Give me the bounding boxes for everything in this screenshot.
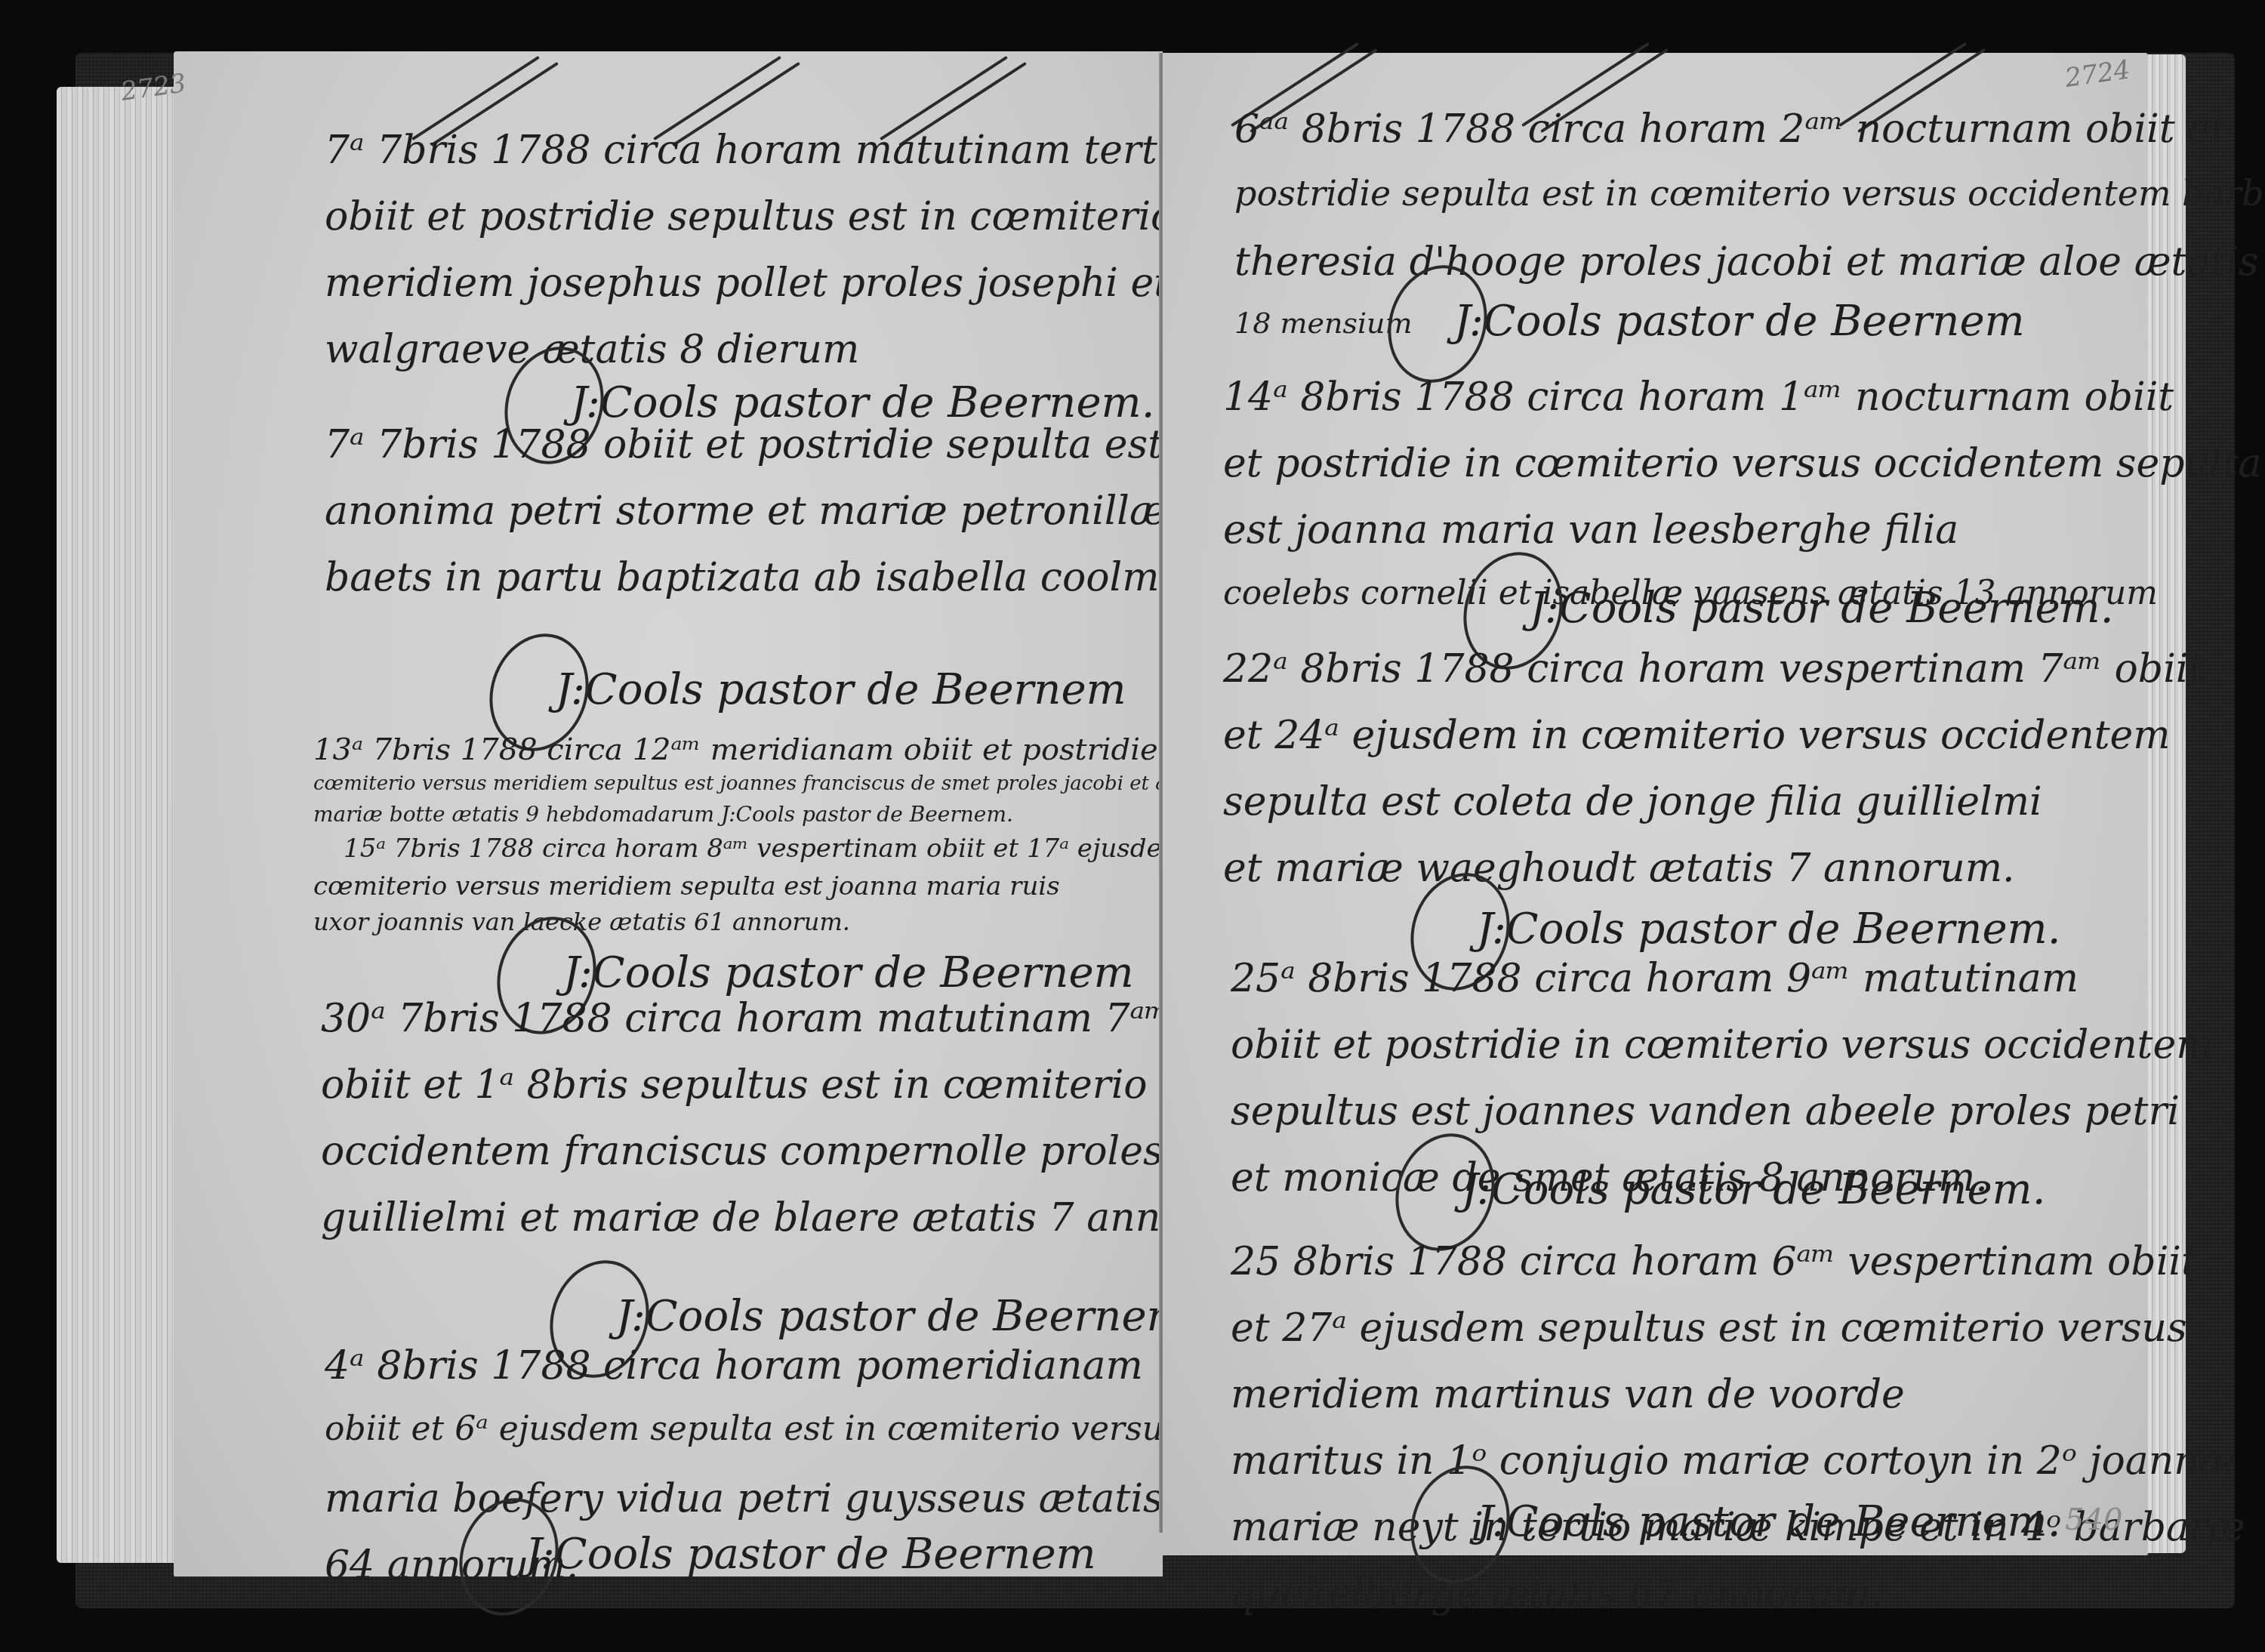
entry-line: obiit et postridie in cœmiterio versus o… bbox=[1231, 1025, 2214, 1092]
entry-line: 15ᵃ 7bris 1788 circa horam 8ᵃᵐ vespertin… bbox=[313, 836, 1219, 874]
register-entry: 7ᵃ 7bris 1788 obiit et postridie sepulta… bbox=[325, 425, 1299, 624]
entry-line: 22ᵃ 8bris 1788 circa horam vespertinam 7… bbox=[1223, 649, 2204, 716]
folio-number: 2724 bbox=[2063, 54, 2132, 94]
entry-line: postridie sepulta est in cœmiterio versu… bbox=[1234, 176, 2265, 242]
entry-line: 25ᵃ 8bris 1788 circa horam 9ᵃᵐ matutinam bbox=[1231, 959, 2214, 1025]
entry-line: 6ᵃᵃ 8bris 1788 circa horam 2ᵃᵐ nocturnam… bbox=[1234, 109, 2265, 176]
entry-line: meridiem martinus van de voorde bbox=[1231, 1375, 2245, 1441]
pastor-signature: J:Cools pastor de Beernem bbox=[461, 1497, 1096, 1617]
entry-line: mariæ botte ætatis 9 hebdomadarum J:Cool… bbox=[313, 804, 1219, 836]
entry-line: guillielmi et mariæ de blaere ætatis 7 a… bbox=[321, 1198, 1290, 1265]
entry-line: quekelberge ætatis 67 annorum. bbox=[1231, 1574, 2245, 1641]
entry-line: et 24ᵃ ejusdem in cœmiterio versus occid… bbox=[1223, 716, 2204, 782]
entry-line: occidentem franciscus compernolle proles bbox=[321, 1132, 1290, 1198]
entry-line: sepulta est coleta de jonge filia guilli… bbox=[1223, 782, 2204, 849]
right-page: 2724 6ᵃᵃ 8bris 1788 circa horam 2ᵃᵐ noct… bbox=[1163, 53, 2148, 1555]
pastor-signature: J:Cools pastor de Beernem bbox=[1389, 264, 2025, 384]
entry-line: baets in partu baptizata ab isabella coo… bbox=[325, 558, 1299, 624]
entry-line: cœmiterio versus meridiem sepulta est jo… bbox=[313, 874, 1219, 910]
register-entry: 30ᵃ 7bris 1788 circa horam matutinam 7ᵃᵐ… bbox=[321, 999, 1290, 1265]
header-slash-mark bbox=[642, 66, 770, 134]
header-slash-mark bbox=[400, 66, 528, 134]
page-stack-left bbox=[57, 87, 177, 1563]
entry-line: cœmiterio versus meridiem sepultus est j… bbox=[313, 774, 1219, 804]
entry-line: et postridie in cœmiterio versus occiden… bbox=[1223, 444, 2262, 510]
entry-line: 13ᵃ 7bris 1788 circa 12ᵃᵐ meridianam obi… bbox=[313, 735, 1219, 774]
entry-line: obiit et 1ᵃ 8bris sepultus est in cœmite… bbox=[321, 1065, 1290, 1132]
entry-line: 14ᵃ 8bris 1788 circa horam 1ᵃᵐ nocturnam… bbox=[1223, 378, 2262, 444]
left-page: 2723 7ᵃ 7bris 1788 circa horam matutinam… bbox=[174, 51, 1163, 1576]
signature-flourish-icon bbox=[445, 1485, 574, 1629]
pastor-signature: J:Cools pastor de Beernem. bbox=[1397, 1133, 2045, 1252]
entry-line: 25 8bris 1788 circa horam 6ᵃᵐ vespertina… bbox=[1231, 1242, 2245, 1308]
entry-line: 7ᵃ 7bris 1788 obiit et postridie sepulta… bbox=[325, 425, 1299, 492]
pastor-signature: J:Cools pastor de Beernem. bbox=[1412, 1465, 2060, 1584]
register-entry: 13ᵃ 7bris 1788 circa 12ᵃᵐ meridianam obi… bbox=[313, 735, 1219, 945]
signature-flourish-icon bbox=[1396, 1453, 1525, 1596]
entry-line: et 27ᵃ ejusdem sepultus est in cœmiterio… bbox=[1231, 1308, 2245, 1375]
pencil-annotation: 540 bbox=[2065, 1503, 2122, 1537]
entry-line: 30ᵃ 7bris 1788 circa horam matutinam 7ᵃᵐ bbox=[321, 999, 1290, 1065]
header-slash-mark bbox=[868, 66, 997, 134]
entry-line: anonima petri storme et mariæ petronillæ… bbox=[325, 492, 1299, 558]
